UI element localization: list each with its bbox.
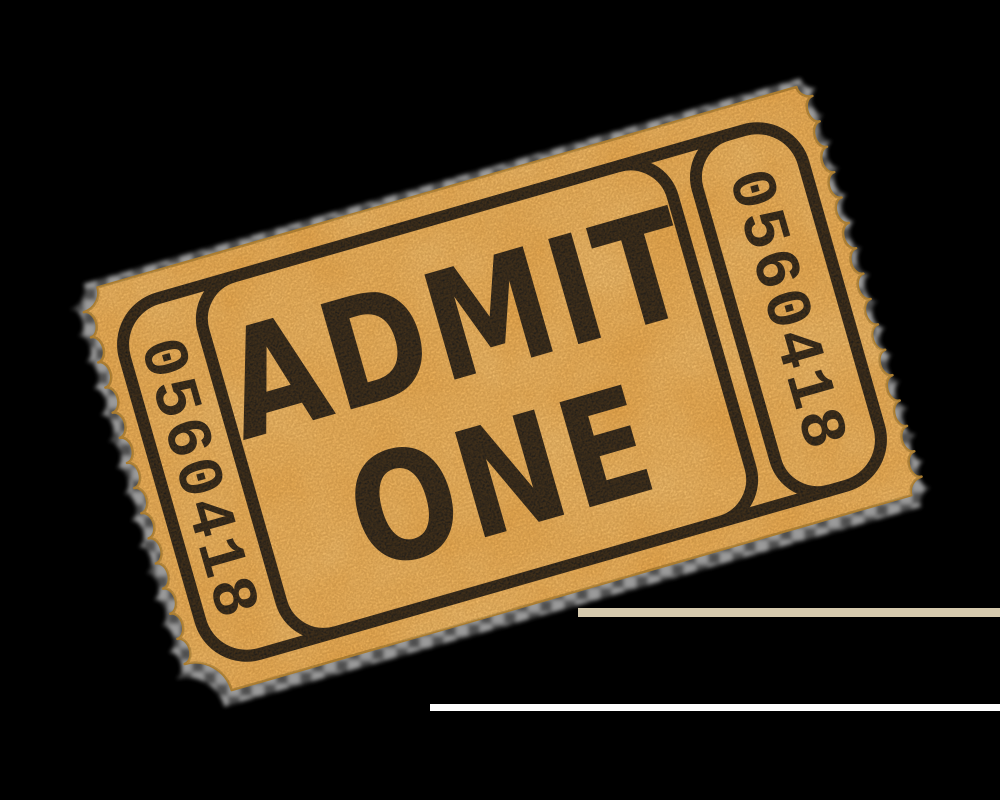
ticket-image: ADMIT ONE 0560418 0560418 [0,0,1000,800]
screenshot-stage: ADMIT ONE 0560418 0560418 [0,0,1000,800]
white-artifact-band [430,704,1000,711]
beige-artifact-band [578,608,1000,617]
